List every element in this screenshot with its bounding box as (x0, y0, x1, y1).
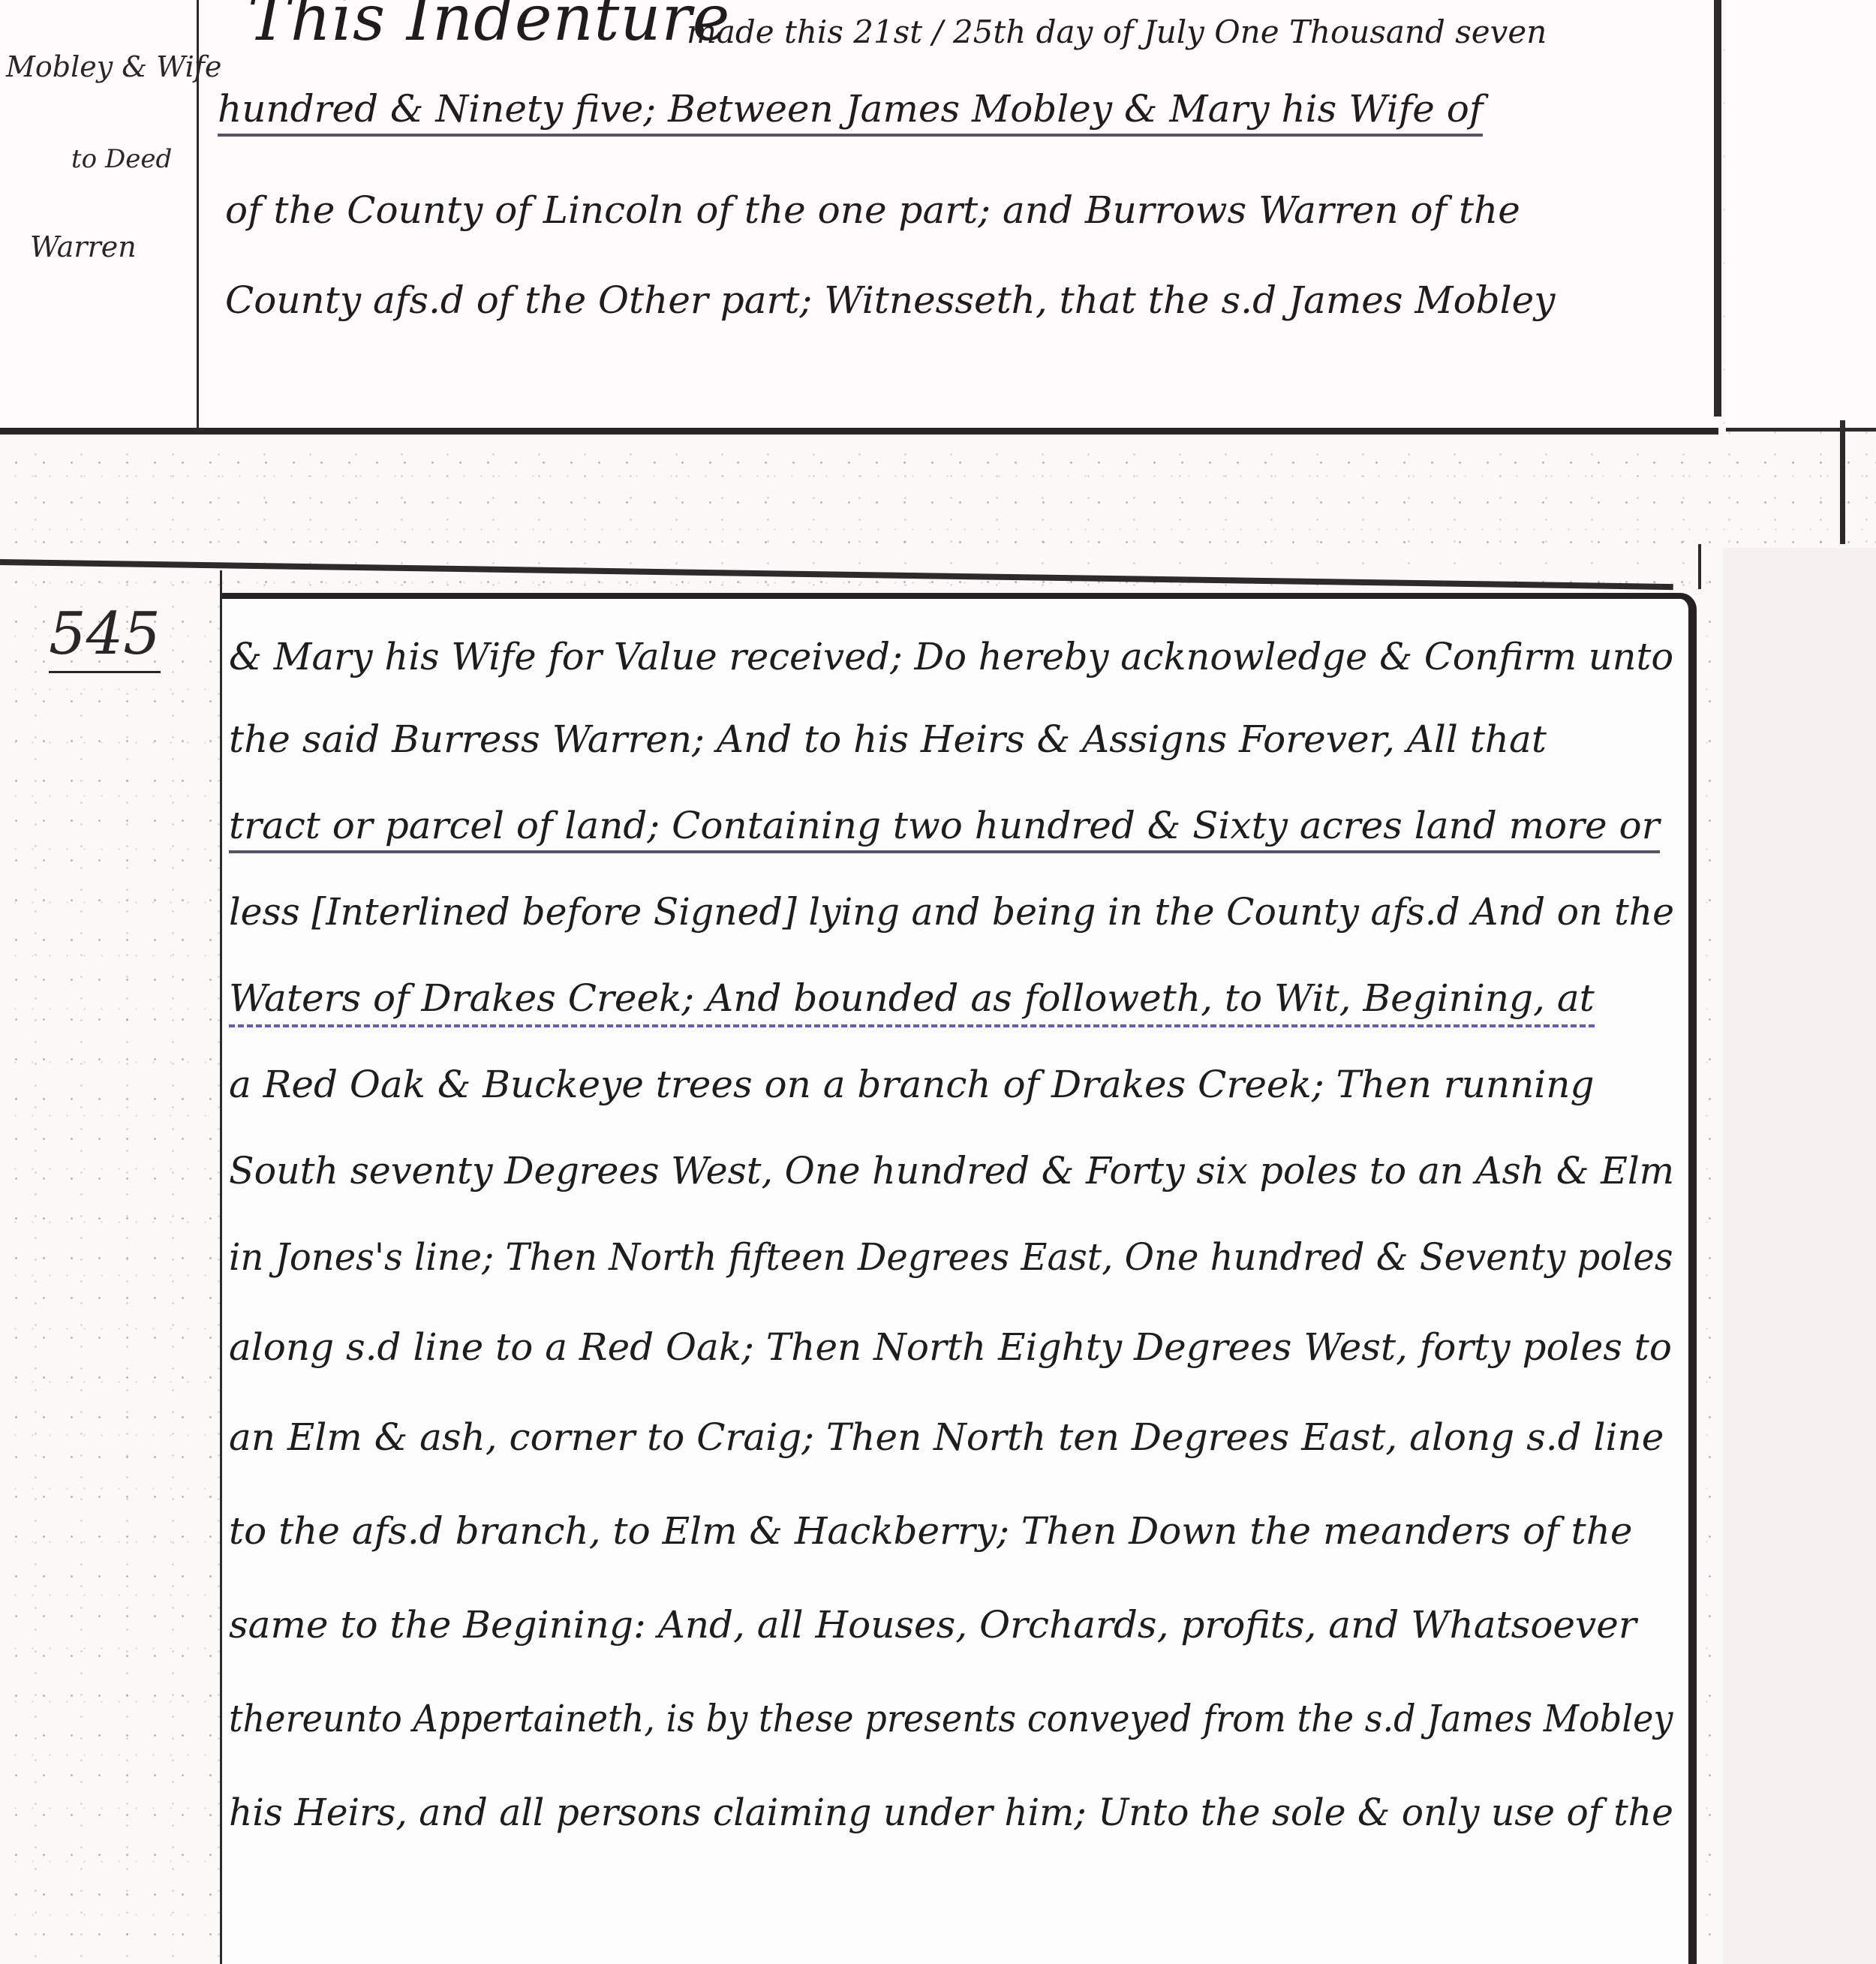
top-right-tail (1726, 0, 1876, 432)
page-line-5: Waters of Drakes Creek; And bounded as f… (229, 979, 1595, 1017)
deed-line-2: hundred & Ninety five; Between James Mob… (218, 90, 1483, 128)
page-line-3: tract or parcel of land; Containing two … (229, 807, 1660, 844)
page-line-6: a Red Oak & Buckeye trees on a branch of… (229, 1066, 1595, 1103)
margin-note-grantee: Warren (30, 233, 137, 261)
margin-note-to-deed: to Deed (71, 146, 172, 172)
deed-line-4: County afs.d of the Other part; Witnesse… (225, 281, 1556, 319)
page-edge-tick (1698, 544, 1701, 589)
page-edge-line (0, 559, 1673, 590)
page-line-8: in Jones's line; Then North fifteen Degr… (229, 1238, 1673, 1276)
page-line-14: his Heirs, and all persons claiming unde… (229, 1794, 1673, 1831)
indenture-title: This Indenture (248, 0, 730, 50)
page-line-1: & Mary his Wife for Value received; Do h… (229, 638, 1673, 675)
page-line-13: thereunto Appertaineth, is by these pres… (229, 1700, 1673, 1737)
page-line-10: an Elm & ash, corner to Craig; Then Nort… (229, 1418, 1664, 1456)
page-line-9: along s.d line to a Red Oak; Then North … (229, 1328, 1672, 1366)
drakes-creek-text: Waters of Drakes Creek; And bounded as f… (229, 976, 1595, 1027)
adjacent-page-edge (1723, 548, 1876, 1964)
margin-note-grantor: Mobley & Wife (6, 53, 221, 81)
right-border-rule (1714, 0, 1721, 417)
divider-tick (1840, 420, 1845, 544)
page-line-12: same to the Begining: And, all Houses, O… (229, 1606, 1637, 1644)
page-line-4: less [Interlined before Signed] lying an… (229, 893, 1674, 931)
page-number: 545 (49, 600, 161, 673)
grantor-names: hundred & Ninety five; Between James Mob… (218, 87, 1483, 137)
page-line-11: to the afs.d branch, to Elm & Hackberry;… (229, 1512, 1632, 1550)
page-line-7: South seventy Degrees West, One hundred … (229, 1152, 1674, 1190)
deed-line-1: made this 21st / 25th day of July One Th… (687, 17, 1547, 48)
deed-line-3: of the County of Lincoln of the one part… (225, 191, 1520, 229)
page-line-2: the said Burress Warren; And to his Heir… (229, 720, 1547, 758)
acreage-text: tract or parcel of land; Containing two … (229, 804, 1660, 853)
page-margin-rule (220, 570, 222, 1964)
